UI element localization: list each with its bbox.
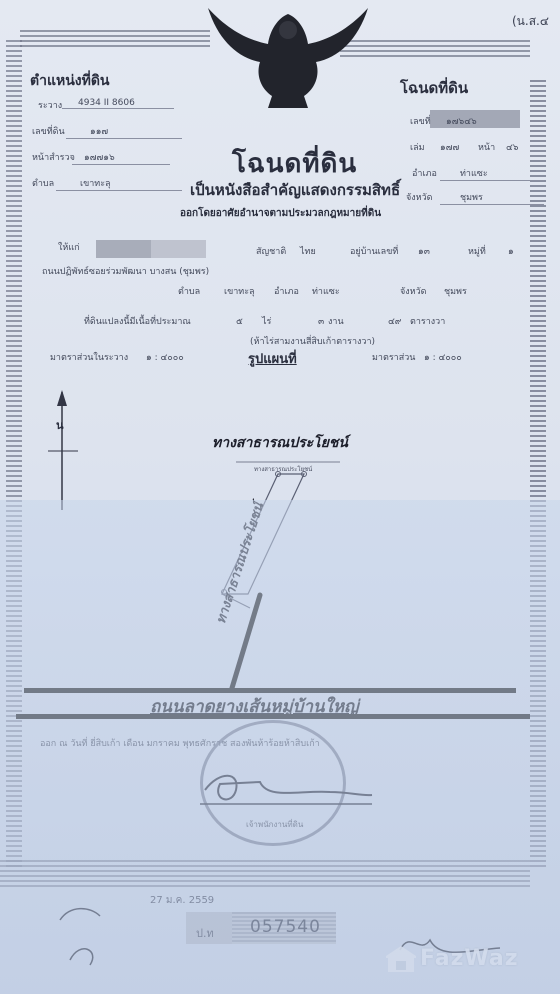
officer-signature: [0, 0, 560, 994]
land-deed-photo: (น.ส.๔ ตำแหน่งที่ดิน ระวาง 4934 II 8606 …: [0, 0, 560, 994]
serial-prefix: ป.ท: [196, 924, 214, 942]
serial-number: 057540: [250, 917, 321, 937]
fazwaz-watermark: FazWaz: [384, 944, 519, 972]
seal-text: เจ้าพนักงานที่ดิน: [246, 818, 303, 831]
date-stamp: 27 ม.ค. 2559: [150, 893, 214, 908]
house-logo-icon: [384, 944, 418, 972]
watermark-brand: FazWaz: [420, 946, 519, 971]
